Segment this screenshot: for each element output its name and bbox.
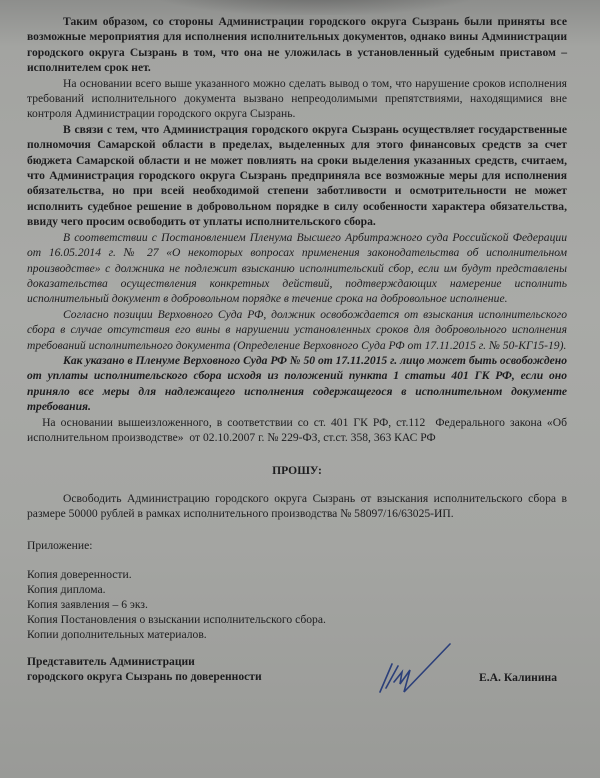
position-line-2: городского округа Сызрань по доверенност… <box>27 669 262 684</box>
document-page: Таким образом, со стороны Администрации … <box>27 14 567 642</box>
paragraph-legal-basis: На основании вышеизложенного, в соответс… <box>27 415 567 446</box>
signature-block: Представитель Администрации городского о… <box>27 654 567 694</box>
signatory-name: Е.А. Калинина <box>479 670 557 685</box>
handwritten-signature-icon <box>372 642 452 702</box>
attachment-item: Копия диплома. <box>27 582 567 597</box>
attachment-item: Копия Постановления о взыскании исполнит… <box>27 612 567 627</box>
paragraph-summary: На основании всего выше указанного можно… <box>27 76 567 122</box>
signatory-position: Представитель Администрации городского о… <box>27 654 262 685</box>
request-title: ПРОШУ: <box>27 463 567 478</box>
paragraph-argument: В связи с тем, что Администрация городск… <box>27 122 567 230</box>
attachment-item: Копия доверенности. <box>27 567 567 582</box>
position-line-1: Представитель Администрации <box>27 654 262 669</box>
attachments-label: Приложение: <box>27 538 567 553</box>
request-text: Освободить Администрацию городского окру… <box>27 491 567 522</box>
paragraph-plenum-vas: В соответствии с Постановлением Пленума … <box>27 230 567 307</box>
attachment-item: Копия заявления – 6 экз. <box>27 597 567 612</box>
paragraph-supreme-court-position: Согласно позиции Верховного Суда РФ, дол… <box>27 307 567 353</box>
photo-shadow <box>150 0 480 15</box>
attachments-list: Копия доверенности. Копия диплома. Копия… <box>27 567 567 642</box>
attachment-item: Копии дополнительных материалов. <box>27 627 567 642</box>
paragraph-plenum-vs: Как указано в Пленуме Верховного Суда РФ… <box>27 353 567 415</box>
paragraph-conclusion: Таким образом, со стороны Администрации … <box>27 14 567 76</box>
